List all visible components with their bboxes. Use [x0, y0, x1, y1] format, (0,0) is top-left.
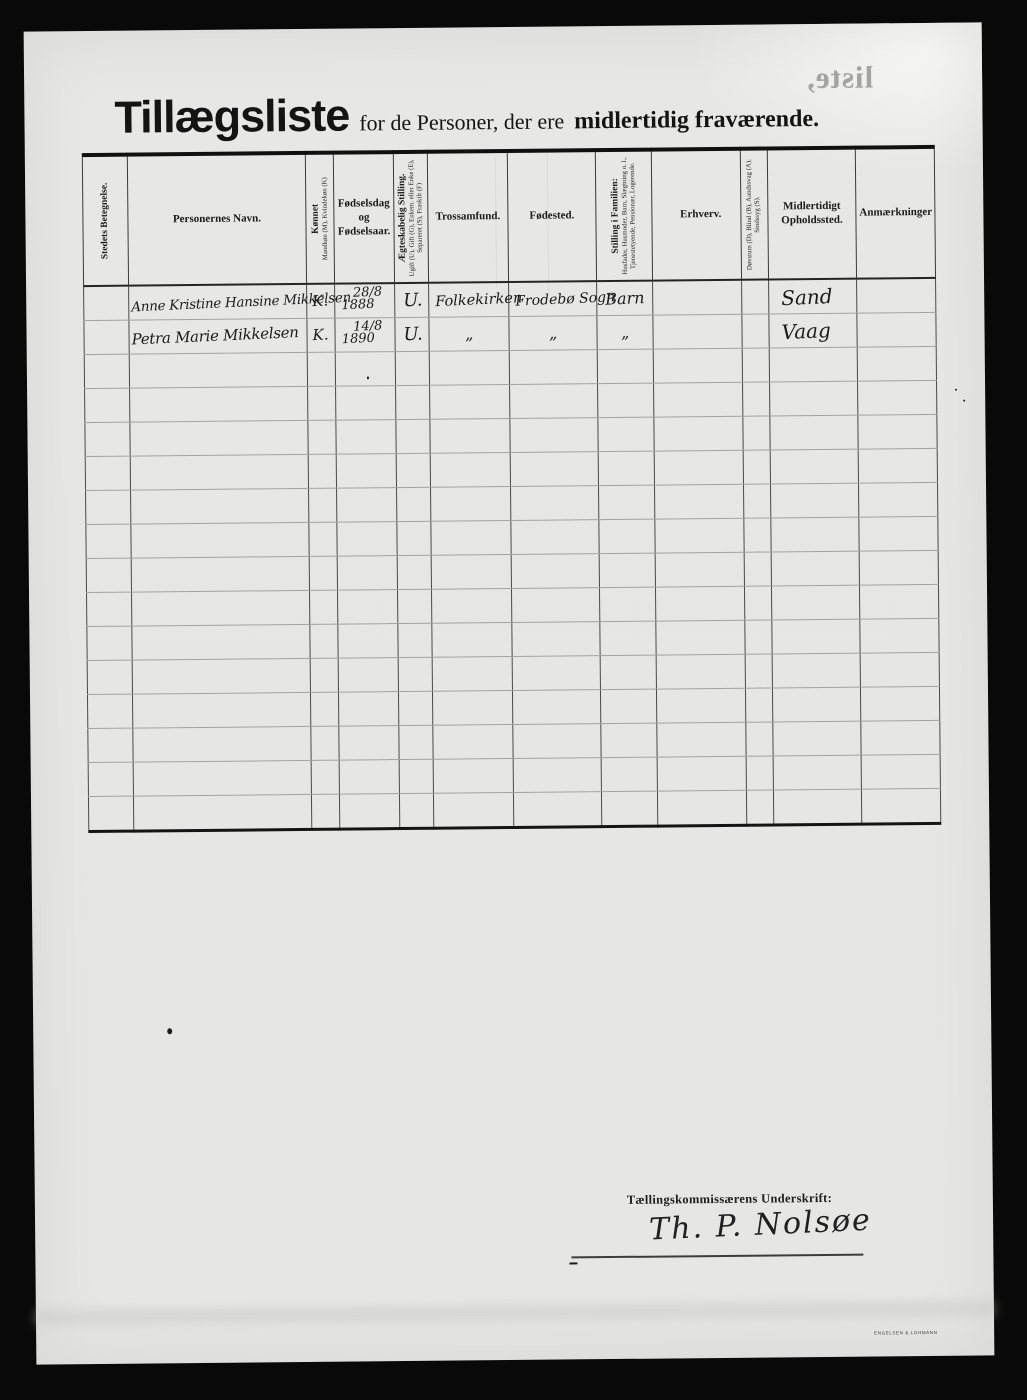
ink-speck — [367, 376, 369, 379]
cell-handicap — [742, 314, 769, 348]
empty-cell — [132, 624, 310, 660]
table-row-empty — [88, 788, 940, 831]
empty-cell — [432, 622, 512, 657]
empty-cell — [399, 759, 433, 793]
empty-cell — [601, 757, 657, 792]
empty-cell — [397, 521, 431, 555]
empty-cell — [511, 554, 599, 589]
empty-cell — [860, 652, 939, 687]
empty-cell — [133, 760, 311, 796]
cell-aegteskab: U. — [395, 317, 429, 351]
census-table: Stedets Betegnelse. Personernes Navn. Kø… — [82, 145, 941, 833]
empty-cell — [770, 415, 858, 450]
title-subtitle-bold: midlertidig fraværende. — [574, 106, 819, 135]
empty-cell — [432, 656, 512, 691]
empty-cell — [858, 448, 937, 483]
col-header-stilling-i-familien: Stilling i Familien: Husfader, Husmoder,… — [595, 150, 652, 282]
empty-cell — [861, 754, 940, 789]
empty-cell — [744, 552, 771, 586]
empty-cell — [133, 794, 311, 831]
handwritten-birthdate: 28/8 1888 — [337, 287, 383, 314]
cell-fodsel: 28/8 1888 — [335, 283, 395, 318]
empty-cell — [131, 488, 309, 524]
empty-cell — [132, 590, 310, 626]
handwritten-marital-status: U. — [403, 323, 423, 345]
empty-cell — [600, 621, 656, 656]
cell-ophold: Vaag — [769, 313, 857, 348]
empty-cell — [743, 416, 770, 450]
empty-cell — [311, 760, 339, 794]
empty-cell — [339, 794, 399, 830]
empty-cell — [770, 449, 858, 484]
handwritten-sex: K. — [312, 325, 329, 344]
empty-cell — [432, 690, 512, 725]
empty-cell — [771, 585, 859, 620]
empty-cell — [398, 623, 432, 657]
empty-cell — [857, 346, 936, 381]
empty-cell — [431, 554, 511, 589]
empty-cell — [336, 386, 396, 421]
empty-cell — [129, 352, 307, 388]
title-main: Tillægsliste — [114, 93, 349, 140]
title-subtitle: for de Personer, der ere — [359, 108, 564, 136]
empty-cell — [744, 518, 771, 552]
empty-cell — [309, 522, 337, 556]
empty-cell — [88, 796, 133, 831]
empty-cell — [433, 792, 513, 828]
page-title: Tillægsliste for de Personer, der ere mi… — [114, 88, 819, 140]
handwritten-temporary-residence: Vaag — [781, 318, 831, 344]
header-label: Trossamfund. — [433, 210, 504, 224]
empty-cell — [310, 692, 338, 726]
empty-cell — [599, 587, 655, 622]
col-header-midlertidigt-opholdssted: Midlertidigt Opholdssted. — [767, 148, 856, 280]
empty-cell — [433, 724, 513, 759]
empty-cell — [510, 384, 598, 419]
empty-cell — [653, 348, 742, 383]
empty-cell — [337, 488, 397, 523]
empty-cell — [308, 420, 336, 454]
cell-navn: Petra Marie Mikkelsen — [129, 318, 307, 354]
signature-handwritten: Th. P. Nolsøe — [648, 1203, 872, 1248]
empty-cell — [85, 456, 130, 490]
header-label: Stilling i Familien: — [609, 155, 621, 277]
cell-erhverv — [653, 314, 742, 349]
empty-cell — [396, 385, 430, 419]
empty-cell — [396, 453, 430, 487]
empty-cell — [308, 454, 336, 488]
empty-cell — [859, 516, 938, 551]
empty-cell — [339, 726, 399, 761]
empty-cell — [858, 482, 937, 517]
empty-cell — [600, 689, 656, 724]
col-header-aegteskabelig-stilling: Ægteskabelig Stilling. Ugift (U), Gift (… — [393, 152, 428, 283]
empty-cell — [430, 384, 510, 419]
empty-cell — [743, 382, 770, 416]
empty-cell — [430, 452, 510, 487]
empty-cell — [87, 660, 132, 694]
empty-cell — [772, 653, 860, 688]
empty-cell — [597, 349, 653, 384]
empty-cell — [336, 454, 396, 489]
empty-cell — [87, 592, 132, 626]
empty-cell — [512, 690, 600, 725]
ditto-mark: „ — [599, 321, 651, 342]
empty-cell — [860, 618, 939, 653]
cell-anm — [857, 312, 936, 347]
header-sublabel: Døvstum (D), Blind (B), Aandssvag (A), S… — [745, 154, 763, 276]
handwritten-name: Petra Marie Mikkelsen — [131, 323, 299, 348]
empty-cell — [742, 348, 769, 382]
cell-fodested: „ — [509, 316, 597, 351]
empty-cell — [85, 422, 130, 456]
empty-cell — [655, 586, 744, 621]
empty-cell — [86, 558, 131, 592]
empty-cell — [397, 487, 431, 521]
empty-cell — [510, 452, 598, 487]
empty-cell — [598, 417, 654, 452]
cell-anm — [857, 278, 936, 313]
cell-stilling: Barn — [597, 281, 653, 316]
col-header-anmaerkninger: Anmærkninger — [855, 147, 935, 279]
empty-cell — [431, 520, 511, 555]
empty-cell — [746, 722, 773, 756]
empty-cell — [337, 556, 397, 591]
empty-cell — [133, 726, 311, 762]
ink-speck — [569, 1262, 577, 1264]
cell-sted — [84, 320, 129, 354]
col-header-konnet: Kønnet Mandkøn (M), Kvindekøn (K) — [305, 153, 334, 284]
empty-cell — [861, 720, 940, 755]
cell-navn: Anne Kristine Hansine Mikkelsen — [129, 284, 307, 320]
header-sublabel: Mandkøn (M), Kvindekøn (K) — [321, 158, 331, 280]
cell-aegteskab: U. — [395, 283, 429, 318]
empty-cell — [657, 722, 746, 757]
empty-cell — [513, 758, 601, 793]
empty-cell — [395, 351, 429, 385]
empty-cell — [860, 686, 939, 721]
empty-cell — [397, 589, 431, 623]
empty-cell — [745, 620, 772, 654]
empty-cell — [858, 414, 937, 449]
empty-cell — [601, 723, 657, 758]
empty-cell — [130, 420, 308, 456]
empty-cell — [656, 620, 745, 655]
cell-kon: K. — [307, 318, 335, 352]
empty-cell — [335, 352, 395, 387]
empty-cell — [399, 725, 433, 759]
empty-cell — [338, 624, 398, 659]
empty-cell — [85, 388, 130, 422]
scanned-census-page: liste, Tillægsliste for de Personer, der… — [24, 22, 995, 1364]
empty-cell — [311, 726, 339, 760]
empty-cell — [772, 687, 860, 722]
empty-cell — [601, 791, 657, 827]
empty-cell — [511, 520, 599, 555]
cell-erhverv — [653, 280, 742, 315]
cell-tro: Folkekirken — [429, 282, 509, 317]
empty-cell — [309, 488, 337, 522]
header-label: Fødselsdag og Fødselsaar. — [334, 197, 393, 239]
empty-cell — [512, 622, 600, 657]
empty-cell — [744, 586, 771, 620]
col-header-stedets-betegnelse: Stedets Betegnelse. — [82, 155, 128, 286]
empty-cell — [654, 416, 743, 451]
empty-cell — [598, 383, 654, 418]
cell-sted — [84, 286, 129, 321]
empty-cell — [746, 756, 773, 790]
empty-cell — [338, 658, 398, 693]
empty-cell — [745, 654, 772, 688]
col-header-erhverv: Erhverv. — [651, 149, 741, 281]
handwritten-marital-status: U. — [403, 289, 423, 311]
empty-cell — [131, 522, 309, 558]
empty-cell — [511, 486, 599, 521]
empty-cell — [770, 381, 858, 416]
col-header-fodested: Fødested. — [507, 150, 596, 282]
empty-cell — [130, 386, 308, 422]
empty-cell — [656, 654, 745, 689]
empty-cell — [859, 584, 938, 619]
empty-cell — [87, 626, 132, 660]
empty-cell — [429, 350, 509, 385]
header-label: Kønnet — [310, 158, 322, 280]
col-header-fodselsdag: Fødselsdag og Fødselsaar. — [333, 152, 394, 284]
ditto-mark: „ — [511, 321, 595, 344]
empty-cell — [431, 588, 511, 623]
empty-cell — [131, 556, 309, 592]
empty-cell — [654, 450, 743, 485]
empty-cell — [600, 655, 656, 690]
empty-cell — [336, 420, 396, 455]
empty-cell — [86, 490, 131, 524]
empty-cell — [308, 386, 336, 420]
header-label: Fødested. — [526, 209, 577, 223]
col-header-trossamfund: Trossamfund. — [427, 151, 508, 283]
empty-cell — [130, 454, 308, 490]
empty-cell — [598, 451, 654, 486]
empty-cell — [771, 483, 859, 518]
handwritten-religion: Folkekirken — [435, 290, 523, 310]
header-sublabel: Ugift (U), Gift (G), Enkem. eller Enke (… — [407, 157, 425, 279]
empty-cell — [745, 688, 772, 722]
empty-cell — [599, 485, 655, 520]
empty-cell — [773, 721, 861, 756]
empty-cell — [87, 694, 132, 728]
header-label: Erhverv. — [677, 208, 724, 222]
empty-cell — [654, 382, 743, 417]
empty-cell — [311, 794, 339, 829]
header-sublabel: Husfader, Husmoder, Barn, Slægtning o. l… — [620, 155, 638, 277]
empty-cell — [396, 419, 430, 453]
empty-cell — [773, 755, 861, 790]
table-header-row: Stedets Betegnelse. Personernes Navn. Kø… — [82, 147, 935, 286]
header-label: Personernes Navn. — [170, 212, 264, 227]
handwritten-family-position: Barn — [605, 288, 645, 309]
empty-cell — [88, 728, 133, 762]
empty-cell — [337, 590, 397, 625]
empty-cell — [655, 484, 744, 519]
cell-handicap — [742, 279, 769, 314]
empty-cell — [599, 519, 655, 554]
empty-cell — [744, 484, 771, 518]
empty-cell — [86, 524, 131, 558]
col-header-personernes-navn: Personernes Navn. — [127, 153, 306, 286]
empty-cell — [859, 550, 938, 585]
handwritten-temporary-residence: Sand — [781, 283, 833, 309]
empty-cell — [513, 724, 601, 759]
ink-speck — [955, 389, 957, 391]
empty-cell — [858, 380, 937, 415]
header-label: Stedets Betegnelse. — [99, 160, 111, 282]
printer-imprint: ENGELSEN & LOHMANN — [874, 1330, 937, 1336]
col-header-dovstum-blind: Døvstum (D), Blind (B), Aandssvag (A), S… — [740, 148, 768, 279]
empty-cell — [309, 556, 337, 590]
empty-cell — [773, 789, 861, 825]
empty-cell — [510, 418, 598, 453]
empty-cell — [509, 350, 597, 385]
table-body: Anne Kristine Hansine Mikkelsen K. 28/8 … — [84, 278, 941, 832]
empty-cell — [656, 688, 745, 723]
empty-cell — [397, 555, 431, 589]
empty-cell — [746, 790, 773, 825]
empty-cell — [657, 756, 746, 791]
empty-cell — [339, 760, 399, 795]
signature-line — [571, 1254, 863, 1258]
scan-streak — [36, 1300, 994, 1325]
empty-cell — [512, 656, 600, 691]
empty-cell — [399, 793, 433, 828]
empty-cell — [655, 518, 744, 553]
empty-cell — [84, 354, 129, 388]
handwritten-sex: K. — [312, 291, 329, 310]
empty-cell — [511, 588, 599, 623]
empty-cell — [433, 758, 513, 793]
empty-cell — [655, 552, 744, 587]
cell-fodested: Frodebø Sogn — [509, 281, 597, 316]
empty-cell — [769, 347, 857, 382]
empty-cell — [431, 486, 511, 521]
empty-cell — [88, 762, 133, 796]
cell-stilling: „ — [597, 315, 653, 350]
handwritten-birthdate: 14/8 1890 — [337, 321, 383, 348]
ink-speck — [963, 400, 965, 402]
ink-speck — [167, 1028, 172, 1034]
empty-cell — [310, 658, 338, 692]
empty-cell — [771, 517, 859, 552]
empty-cell — [337, 522, 397, 557]
empty-cell — [430, 418, 510, 453]
empty-cell — [657, 790, 746, 826]
empty-cell — [861, 788, 940, 824]
empty-cell — [398, 657, 432, 691]
empty-cell — [398, 691, 432, 725]
cell-fodsel: 14/8 1890 — [335, 318, 395, 353]
empty-cell — [772, 619, 860, 654]
empty-cell — [771, 551, 859, 586]
empty-cell — [307, 352, 335, 386]
empty-cell — [338, 692, 398, 727]
ditto-mark: „ — [431, 322, 507, 344]
empty-cell — [310, 590, 338, 624]
empty-cell — [132, 658, 310, 694]
header-label: Anmærkninger — [856, 206, 935, 221]
empty-cell — [599, 553, 655, 588]
empty-cell — [132, 692, 310, 728]
header-label: Ægteskabelig Stilling. — [396, 157, 408, 279]
cell-tro: „ — [429, 316, 509, 351]
empty-cell — [310, 624, 338, 658]
empty-cell — [513, 792, 601, 828]
cell-ophold: Sand — [769, 279, 857, 314]
header-label: Midlertidigt Opholdssted. — [768, 200, 855, 228]
empty-cell — [743, 450, 770, 484]
